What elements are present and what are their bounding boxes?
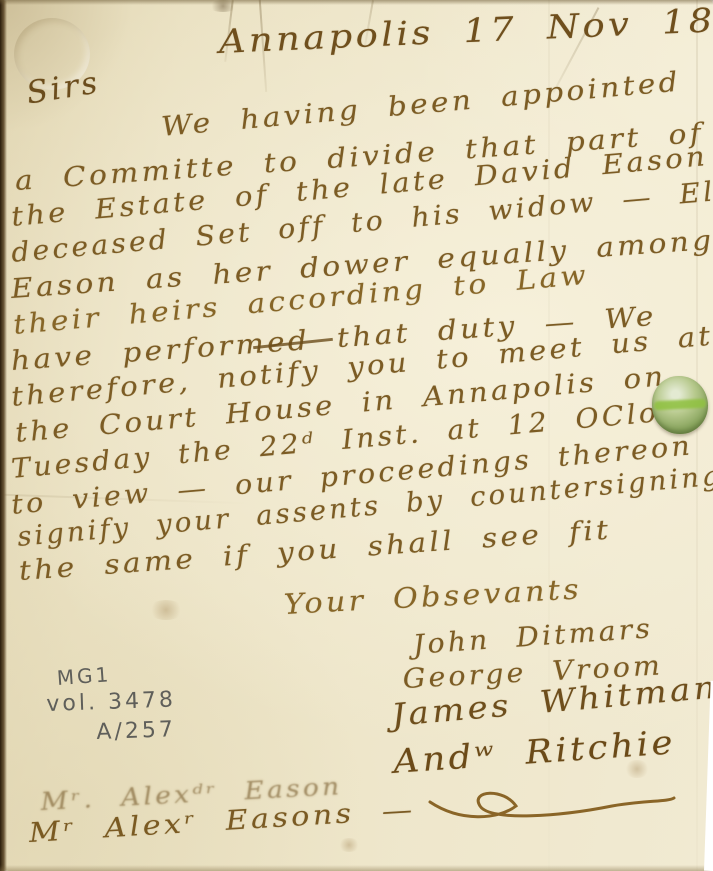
ink-stain <box>338 838 360 852</box>
green-wax-wafer-seal <box>652 376 708 434</box>
closing-line: Your Obsevants <box>283 572 583 621</box>
paper-bottom-edge <box>0 865 713 871</box>
paper-left-edge <box>0 0 7 871</box>
archive-note-volume: vol. 3478 <box>46 687 176 717</box>
scan-background-sliver <box>704 681 713 871</box>
wafer-band <box>654 399 706 411</box>
archive-note-collection: MG1 <box>56 662 112 690</box>
scanned-letter-image: Annapolis 17 Nov 1842 Sirs We having bee… <box>0 0 713 871</box>
signature-flourish <box>412 782 680 830</box>
archive-note-reference: A/257 <box>96 717 176 745</box>
dateline: Annapolis 17 Nov 1842 <box>218 0 713 61</box>
ink-stain <box>148 600 184 620</box>
paper-sheet: Annapolis 17 Nov 1842 Sirs We having bee… <box>0 0 713 871</box>
paper-top-edge <box>0 0 713 5</box>
